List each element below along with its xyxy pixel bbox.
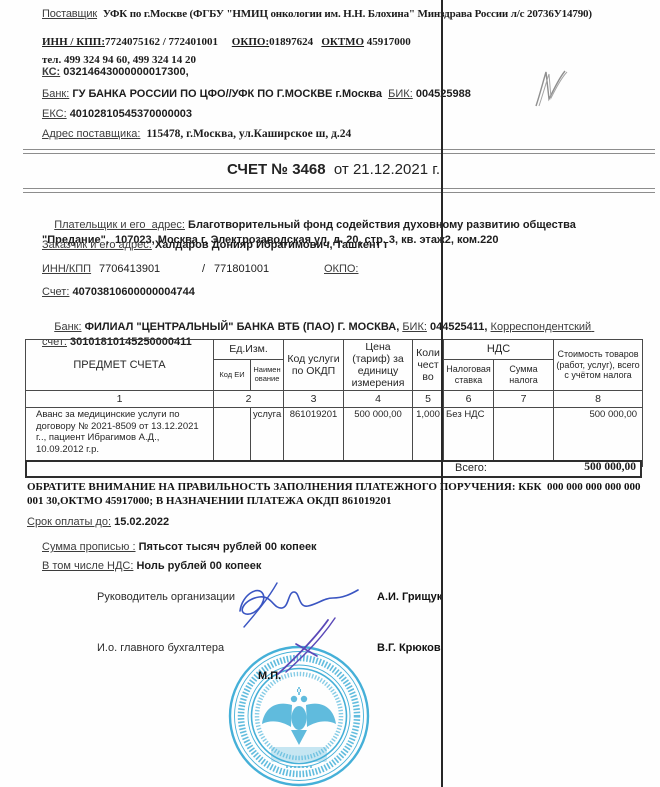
vat-words-value: Ноль рублей 00 копеек bbox=[136, 560, 261, 572]
okpo-value: 01897624 bbox=[269, 36, 313, 48]
separator-line-bottom bbox=[23, 188, 655, 193]
bik-label: БИК: bbox=[388, 88, 413, 100]
eks-value: 40102810545370000003 bbox=[70, 108, 192, 120]
vertical-fold-line bbox=[441, 0, 443, 787]
customer-line: Заказчик и его адрес: Халдаров Донияр Иб… bbox=[42, 239, 389, 251]
inn-kpp-value: 7724075162 / 772401001 bbox=[105, 36, 218, 48]
inn-kpp-label: ИНН / КПП: bbox=[42, 36, 105, 48]
invoice-from-word: от bbox=[334, 161, 349, 178]
col-num-5: 5 bbox=[413, 391, 444, 408]
header-price: Цена (тариф) за единицу измерения bbox=[344, 340, 413, 391]
amount-words-line: Сумма прописью : Пятьсот тысяч рублей 00… bbox=[42, 541, 317, 553]
header-vat-group: НДС bbox=[444, 340, 554, 360]
invoice-number: СЧЕТ № 3468 bbox=[227, 161, 326, 178]
vat-words-line: В том числе НДС: Ноль рублей 00 копеек bbox=[42, 560, 261, 572]
header-unit-code: Код ЕИ bbox=[214, 359, 251, 390]
header-cost: Стоимость товаров (работ, услуг), всего … bbox=[554, 340, 643, 391]
eks-label: ЕКС: bbox=[42, 108, 67, 120]
supplier-address-value: 115478, г.Москва, ул.Каширское ш, д.24 bbox=[147, 128, 352, 140]
column-numbers-row: 1 2 3 4 5 6 7 8 bbox=[26, 391, 643, 408]
col-num-1: 1 bbox=[26, 391, 214, 408]
header-okdp: Код услуги по ОКДП bbox=[284, 340, 344, 391]
item-subject: Аванс за медицинские услуги по договору … bbox=[26, 408, 214, 467]
oktmo-label: ОКТМО bbox=[321, 36, 364, 48]
accountant-signature bbox=[262, 616, 347, 678]
header-unit-name: Наименование bbox=[251, 359, 284, 390]
items-table: ПРЕДМЕТ СЧЕТА Ед.Изм. Код услуги по ОКДП… bbox=[25, 339, 643, 467]
seal-eagle bbox=[262, 687, 336, 745]
header-vat-rate: Налоговая ставка bbox=[444, 359, 494, 390]
item-cost: 500 000,00 bbox=[554, 408, 643, 467]
item-okdp: 861019201 bbox=[284, 408, 344, 467]
payment-notice: ОБРАТИТЕ ВНИМАНИЕ НА ПРАВИЛЬНОСТЬ ЗАПОЛН… bbox=[27, 481, 642, 508]
payer-account-line: Счет: 40703810600000004744 bbox=[42, 286, 195, 298]
supplier-label: Поставщик bbox=[42, 8, 97, 20]
header-unit-group: Ед.Изм. bbox=[214, 340, 284, 360]
col-num-6: 6 bbox=[444, 391, 494, 408]
customer-label: Заказчик и его адрес: bbox=[42, 239, 152, 251]
invoice-document: Поставщик УФК по г.Москве (ФГБУ "НМИЦ он… bbox=[0, 0, 660, 787]
total-row: Всего: 500 000,00 bbox=[25, 460, 642, 478]
col-num-3: 3 bbox=[284, 391, 344, 408]
payer-account-value: 40703810600000004744 bbox=[72, 286, 194, 298]
payer-bik-value: 044525411, bbox=[430, 321, 488, 333]
payer-bank-value: ФИЛИАЛ "ЦЕНТРАЛЬНЫЙ" БАНКА ВТБ (ПАО) Г. … bbox=[85, 321, 400, 333]
payer-kpp-value: 771801001 bbox=[214, 263, 269, 275]
amount-words-label: Сумма прописью : bbox=[42, 541, 136, 553]
payer-okpo-label: ОКПО: bbox=[324, 263, 358, 275]
header-subject: ПРЕДМЕТ СЧЕТА bbox=[26, 340, 214, 391]
ks-label: КС: bbox=[42, 66, 60, 78]
due-label: Срок оплаты до: bbox=[27, 516, 111, 528]
supplier-eks-line: ЕКС: 40102810545370000003 bbox=[42, 108, 192, 120]
amount-words-value: Пятьсот тысяч рублей 00 копеек bbox=[139, 541, 317, 553]
header-vat-sum: Сумма налога bbox=[494, 359, 554, 390]
payer-slash: / bbox=[202, 263, 205, 275]
oktmo-value: 45917000 bbox=[367, 36, 411, 48]
due-line: Срок оплаты до: 15.02.2022 bbox=[27, 516, 169, 528]
supplier-codes-line: ИНН / КПП:7724075162 / 772401001 ОКПО:01… bbox=[42, 36, 411, 48]
total-label: Всего: bbox=[455, 462, 487, 474]
payer-line: Плательщик и его адрес: Благотворительны… bbox=[42, 203, 642, 263]
invoice-date: 21.12.2021 г. bbox=[353, 161, 440, 178]
customer-value: Халдаров Донияр Ибрагимович, Ташкент г bbox=[155, 239, 389, 251]
separator-line-top bbox=[23, 149, 655, 154]
head-role: Руководитель организации bbox=[97, 591, 235, 603]
col-num-7: 7 bbox=[494, 391, 554, 408]
payer-bik-label: БИК: bbox=[402, 321, 427, 333]
item-unit-code bbox=[214, 408, 251, 467]
supplier-address-line: Адрес поставщика: 115478, г.Москва, ул.К… bbox=[42, 128, 351, 140]
payer-codes-line: ИНН/КПП 7706413901 / 771801001 ОКПО: bbox=[42, 263, 91, 275]
col-num-2: 2 bbox=[214, 391, 284, 408]
head-name: А.И. Грищук bbox=[377, 591, 442, 603]
supplier-address-label: Адрес поставщика: bbox=[42, 128, 140, 140]
payer-inn-kpp-label: ИНН/КПП bbox=[42, 263, 91, 275]
supplier-phone-line: тел. 499 324 94 60, 499 324 14 20 bbox=[42, 54, 196, 66]
col-num-8: 8 bbox=[554, 391, 643, 408]
payer-account-label: Счет: bbox=[42, 286, 69, 298]
header-qty: Количество bbox=[413, 340, 444, 391]
pen-mark bbox=[532, 68, 572, 110]
payer-bank-label: Банк: bbox=[54, 321, 81, 333]
payer-inn-value: 7706413901 bbox=[99, 263, 160, 275]
col-num-4: 4 bbox=[344, 391, 413, 408]
bank-value: ГУ БАНКА РОССИИ ПО ЦФО//УФК ПО Г.МОСКВЕ … bbox=[72, 88, 382, 100]
ks-value: 03214643000000017300, bbox=[63, 66, 188, 78]
bik-value: 004525988 bbox=[416, 88, 471, 100]
accountant-name: В.Г. Крюков bbox=[377, 642, 441, 654]
accountant-role: И.о. главного бухгалтера bbox=[97, 642, 224, 654]
phone-value: тел. 499 324 94 60, 499 324 14 20 bbox=[42, 54, 196, 66]
supplier-ks-line: КС: 03214643000000017300, bbox=[42, 66, 189, 78]
bank-label: Банк: bbox=[42, 88, 69, 100]
supplier-name: УФК по г.Москве (ФГБУ "НМИЦ онкологии им… bbox=[103, 8, 592, 20]
invoice-title: СЧЕТ № 3468 от 21.12.2021 г. bbox=[25, 161, 642, 178]
due-value: 15.02.2022 bbox=[114, 516, 169, 528]
item-unit-name: услуга bbox=[251, 408, 284, 467]
item-qty: 1,000 bbox=[413, 408, 444, 467]
supplier-line: Поставщик УФК по г.Москве (ФГБУ "НМИЦ он… bbox=[42, 8, 592, 20]
item-vat-rate: Без НДС bbox=[444, 408, 494, 467]
item-vat-sum bbox=[494, 408, 554, 467]
payer-label: Плательщик и его адрес: bbox=[54, 219, 185, 231]
okpo-label: ОКПО: bbox=[232, 36, 269, 48]
item-price: 500 000,00 bbox=[344, 408, 413, 467]
total-value: 500 000,00 bbox=[584, 461, 636, 473]
seal-banner bbox=[271, 747, 327, 762]
vat-words-label: В том числе НДС: bbox=[42, 560, 133, 572]
item-row: Аванс за медицинские услуги по договору … bbox=[26, 408, 643, 467]
supplier-bank-line: Банк: ГУ БАНКА РОССИИ ПО ЦФО//УФК ПО Г.М… bbox=[42, 88, 471, 100]
